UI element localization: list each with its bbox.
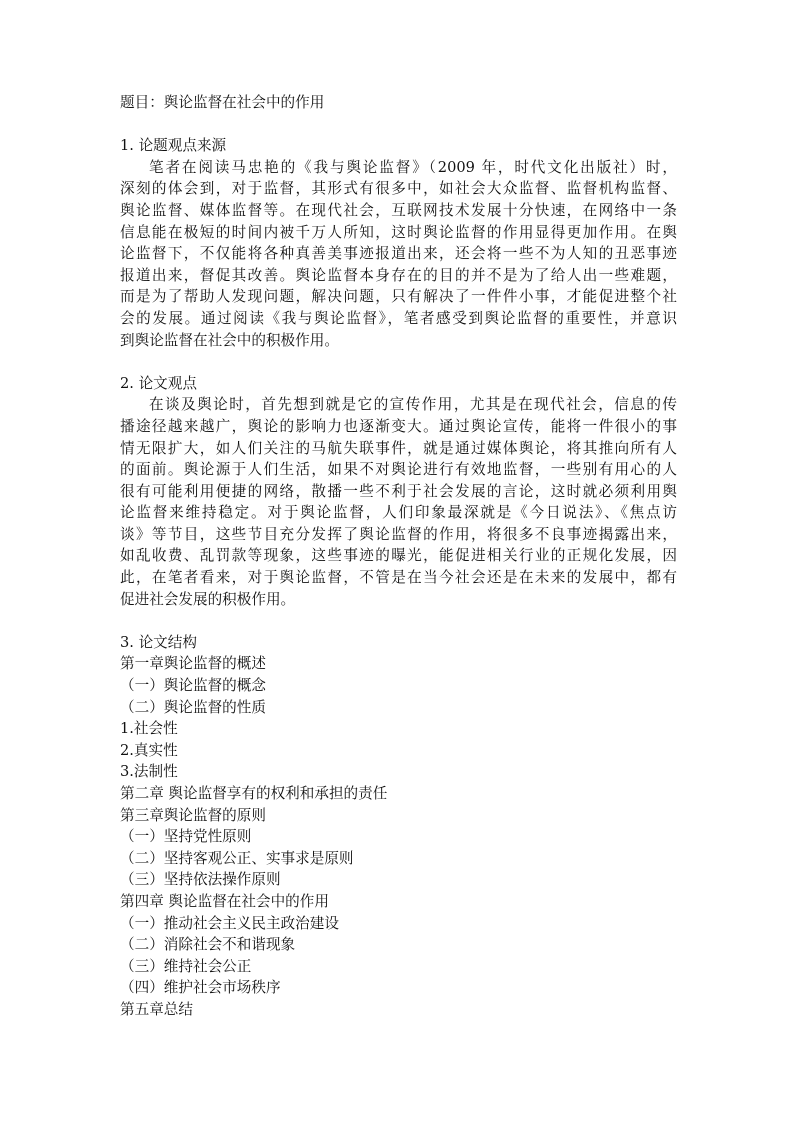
outline-chapter: 第五章总结 [120,999,677,1021]
paragraph-line: 会的发展。通过阅读《我与舆论监督》，笔者感受到舆论监督的重要性，并意识 [120,308,677,330]
paragraph-line: 在谈及舆论时，首先想到就是它的宣传作用，尤其是在现代社会，信息的传 [120,394,677,416]
outline-subitem: 3.法制性 [120,761,677,783]
paragraph-line: 而是为了帮助人发现问题，解决问题，只有解决了一件件小事，才能促进整个社 [120,286,677,308]
spacer [120,351,677,373]
paragraph-line: 论监督来维持稳定。对于舆论监督，人们印象最深就是《今日说法》、《焦点访 [120,502,677,524]
outline-item: （三）维持社会公正 [120,956,677,978]
outline-subitem: 1.社会性 [120,718,677,740]
paragraph-line: 报道出来，督促其改善。舆论监督本身存在的目的并不是为了给人出一些难题， [120,265,677,287]
document-page: 题目：舆论监督在社会中的作用 1. 论题观点来源 笔者在阅读马忠艳的《我与舆论监… [120,92,677,1021]
outline-chapter: 第四章 舆论监督在社会中的作用 [120,891,677,913]
outline-item: （三）坚持依法操作原则 [120,869,677,891]
outline-item: （一）推动社会主义民主政治建设 [120,913,677,935]
outline-item: （一）坚持党性原则 [120,826,677,848]
paragraph-line: 此，在笔者看来，对于舆论监督，不管是在当今社会还是在未来的发展中，都有 [120,567,677,589]
outline-chapter: 第二章 舆论监督享有的权利和承担的责任 [120,783,677,805]
paragraph-line: 谈》等节目，这些节目充分发挥了舆论监督的作用，将很多不良事迹揭露出来， [120,524,677,546]
paragraph-line: 的面前。舆论源于人们生活，如果不对舆论进行有效地监督，一些别有用心的人 [120,459,677,481]
spacer [120,610,677,632]
paragraph-line: 信息能在极短的时间内被千万人所知，这时舆论监督的作用显得更加作用。在舆 [120,222,677,244]
section-1-paragraph: 笔者在阅读马忠艳的《我与舆论监督》（2009 年，时代文化出版社）时， 深刻的体… [120,157,677,351]
paragraph-line: 深刻的体会到，对于监督，其形式有很多中，如社会大众监督、监督机构监督、 [120,178,677,200]
section-2-paragraph: 在谈及舆论时，首先想到就是它的宣传作用，尤其是在现代社会，信息的传 播途径越来越… [120,394,677,610]
paragraph-line: 笔者在阅读马忠艳的《我与舆论监督》（2009 年，时代文化出版社）时， [120,157,677,179]
section-2-heading: 2. 论文观点 [120,373,677,395]
paragraph-line: 如乱收费、乱罚款等现象，这些事迹的曝光，能促进相关行业的正规化发展，因 [120,545,677,567]
paragraph-line: 播途径越来越广，舆论的影响力也逐渐变大。通过舆论宣传，能将一件很小的事 [120,416,677,438]
section-1-heading: 1. 论题观点来源 [120,135,677,157]
paragraph-line: 论监督下，不仅能将各种真善美事迹报道出来，还会将一些不为人知的丑恶事迹 [120,243,677,265]
section-3-heading: 3. 论文结构 [120,632,677,654]
paragraph-line: 情无限扩大，如人们关注的马航失联事件，就是通过媒体舆论，将其推向所有人 [120,438,677,460]
outline-item: （二）舆论监督的性质 [120,697,677,719]
outline-item: （二）坚持客观公正、实事求是原则 [120,848,677,870]
outline-chapter: 第一章舆论监督的概述 [120,653,677,675]
outline-item: （四）维护社会市场秩序 [120,977,677,999]
outline-list: 第一章舆论监督的概述 （一）舆论监督的概念 （二）舆论监督的性质 1.社会性 2… [120,653,677,1020]
spacer [120,114,677,136]
outline-item: （一）舆论监督的概念 [120,675,677,697]
outline-item: （二）消除社会不和谐现象 [120,934,677,956]
outline-subitem: 2.真实性 [120,740,677,762]
paragraph-line: 促进社会发展的积极作用。 [120,589,677,611]
paragraph-line: 到舆论监督在社会中的积极作用。 [120,330,677,352]
outline-chapter: 第三章舆论监督的原则 [120,805,677,827]
paragraph-line: 很有可能利用便捷的网络，散播一些不利于社会发展的言论，这时就必须利用舆 [120,481,677,503]
document-title: 题目：舆论监督在社会中的作用 [120,92,677,114]
paragraph-line: 舆论监督、媒体监督等。在现代社会，互联网技术发展十分快速，在网络中一条 [120,200,677,222]
